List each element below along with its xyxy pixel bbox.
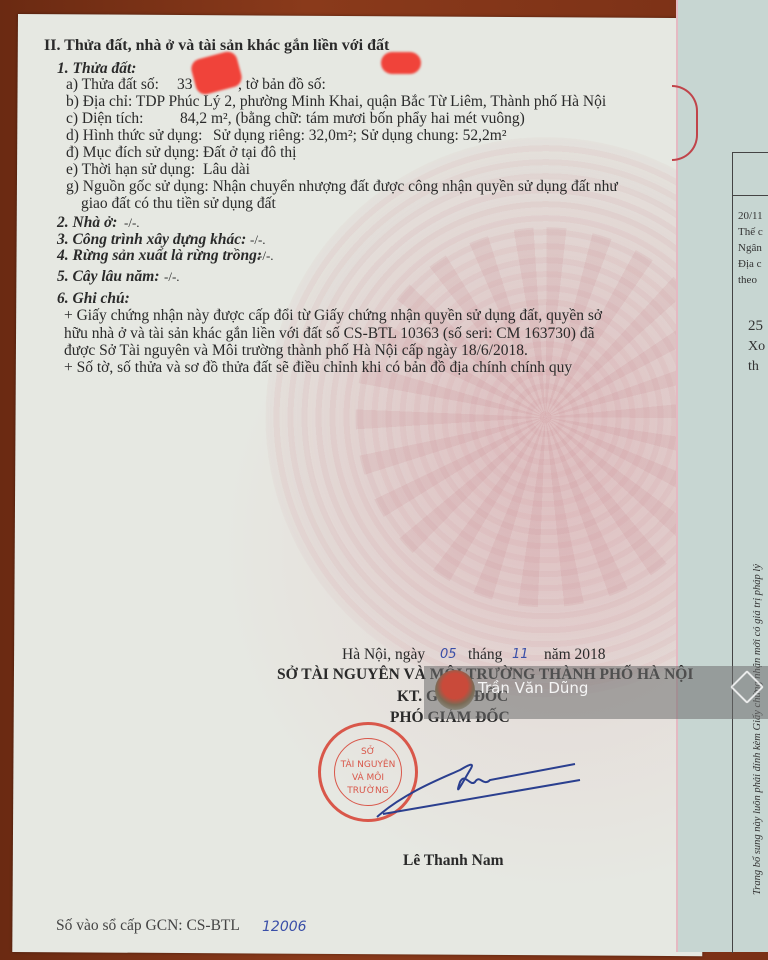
land-area-value: 84,2 m², (bằng chữ: tám mươi bốn phẩy ha… xyxy=(180,110,525,128)
usage-purpose-value: Đất ở tại đô thị xyxy=(203,144,296,162)
watermark-name: Trần Văn Dũng xyxy=(478,679,588,697)
house-label: 2. Nhà ở: xyxy=(57,214,117,232)
date-month: 11 xyxy=(512,646,529,664)
perennial-label: 5. Cây lâu năm: xyxy=(57,268,159,286)
note-line: được Sở Tài nguyên và Môi trường thành p… xyxy=(64,342,528,360)
stamp-line: SỞ xyxy=(361,746,375,759)
house-value: -/-. xyxy=(124,214,140,232)
signer-name: Lê Thanh Nam xyxy=(403,852,504,870)
usage-form-label: d) Hình thức sử dụng: xyxy=(66,127,203,145)
section-title: II. Thửa đất, nhà ở và tài sản khác gắn … xyxy=(44,37,389,55)
signature xyxy=(375,752,585,822)
registry-number: 12006 xyxy=(262,918,307,936)
forest-value: -/-. xyxy=(258,247,274,265)
vertical-note: Trang bổ sung này luôn phải đính kèm Giấ… xyxy=(752,564,763,895)
land-parcel-label: a) Thửa đất số: xyxy=(66,76,159,94)
usage-origin-cont: giao đất có thu tiền sử dụng đất xyxy=(81,195,276,213)
watermark-banner xyxy=(424,666,768,719)
note-line: hữu nhà ở và tài sản khác gắn liền với đ… xyxy=(64,325,594,343)
note-line: + Giấy chứng nhận này được cấp đổi từ Gi… xyxy=(64,307,602,325)
date-day: 05 xyxy=(440,646,457,664)
avatar xyxy=(435,670,475,710)
adjacent-line: th xyxy=(748,360,759,373)
usage-purpose-label: đ) Mục đích sử dụng: xyxy=(66,144,199,162)
land-address: b) Địa chỉ: TDP Phúc Lý 2, phường Minh K… xyxy=(66,93,606,111)
land-parcel-number: 33 xyxy=(177,76,193,94)
usage-origin: g) Nguồn gốc sử dụng: Nhận chuyển nhượng… xyxy=(66,178,618,196)
registry-label: Số vào sổ cấp GCN: CS-BTL xyxy=(56,917,240,935)
date-prefix: Hà Nội, ngày xyxy=(342,646,425,664)
adjacent-line: 25 xyxy=(748,320,763,333)
adjacent-page-divider xyxy=(732,195,768,196)
usage-form-value: Sử dụng riêng: 32,0m²; Sử dụng chung: 52… xyxy=(213,127,506,145)
land-map-label: , tờ bản đồ số: xyxy=(238,76,326,94)
adjacent-line: Địa c xyxy=(738,258,762,271)
forest-label: 4. Rừng sản xuất là rừng trồng: xyxy=(57,247,262,265)
adjacent-line: Xo xyxy=(748,340,765,353)
land-area-label: c) Diện tích: xyxy=(66,110,143,128)
perennial-value: -/-. xyxy=(164,268,180,286)
redaction-mark xyxy=(381,52,421,74)
adjacent-line: Thế c xyxy=(738,226,763,239)
date-year: năm 2018 xyxy=(544,646,606,664)
note-line: + Số tờ, số thửa và sơ đồ thửa đất sẽ đi… xyxy=(64,359,572,377)
adjacent-line: theo xyxy=(738,274,757,287)
usage-term-label: e) Thời hạn sử dụng: xyxy=(66,161,195,179)
notes-heading: 6. Ghi chú: xyxy=(57,290,130,308)
adjacent-line: Ngân xyxy=(738,242,762,255)
adjacent-line: 20/11 xyxy=(738,210,763,223)
date-month-label: tháng xyxy=(468,646,502,664)
usage-term-value: Lâu dài xyxy=(203,161,250,179)
